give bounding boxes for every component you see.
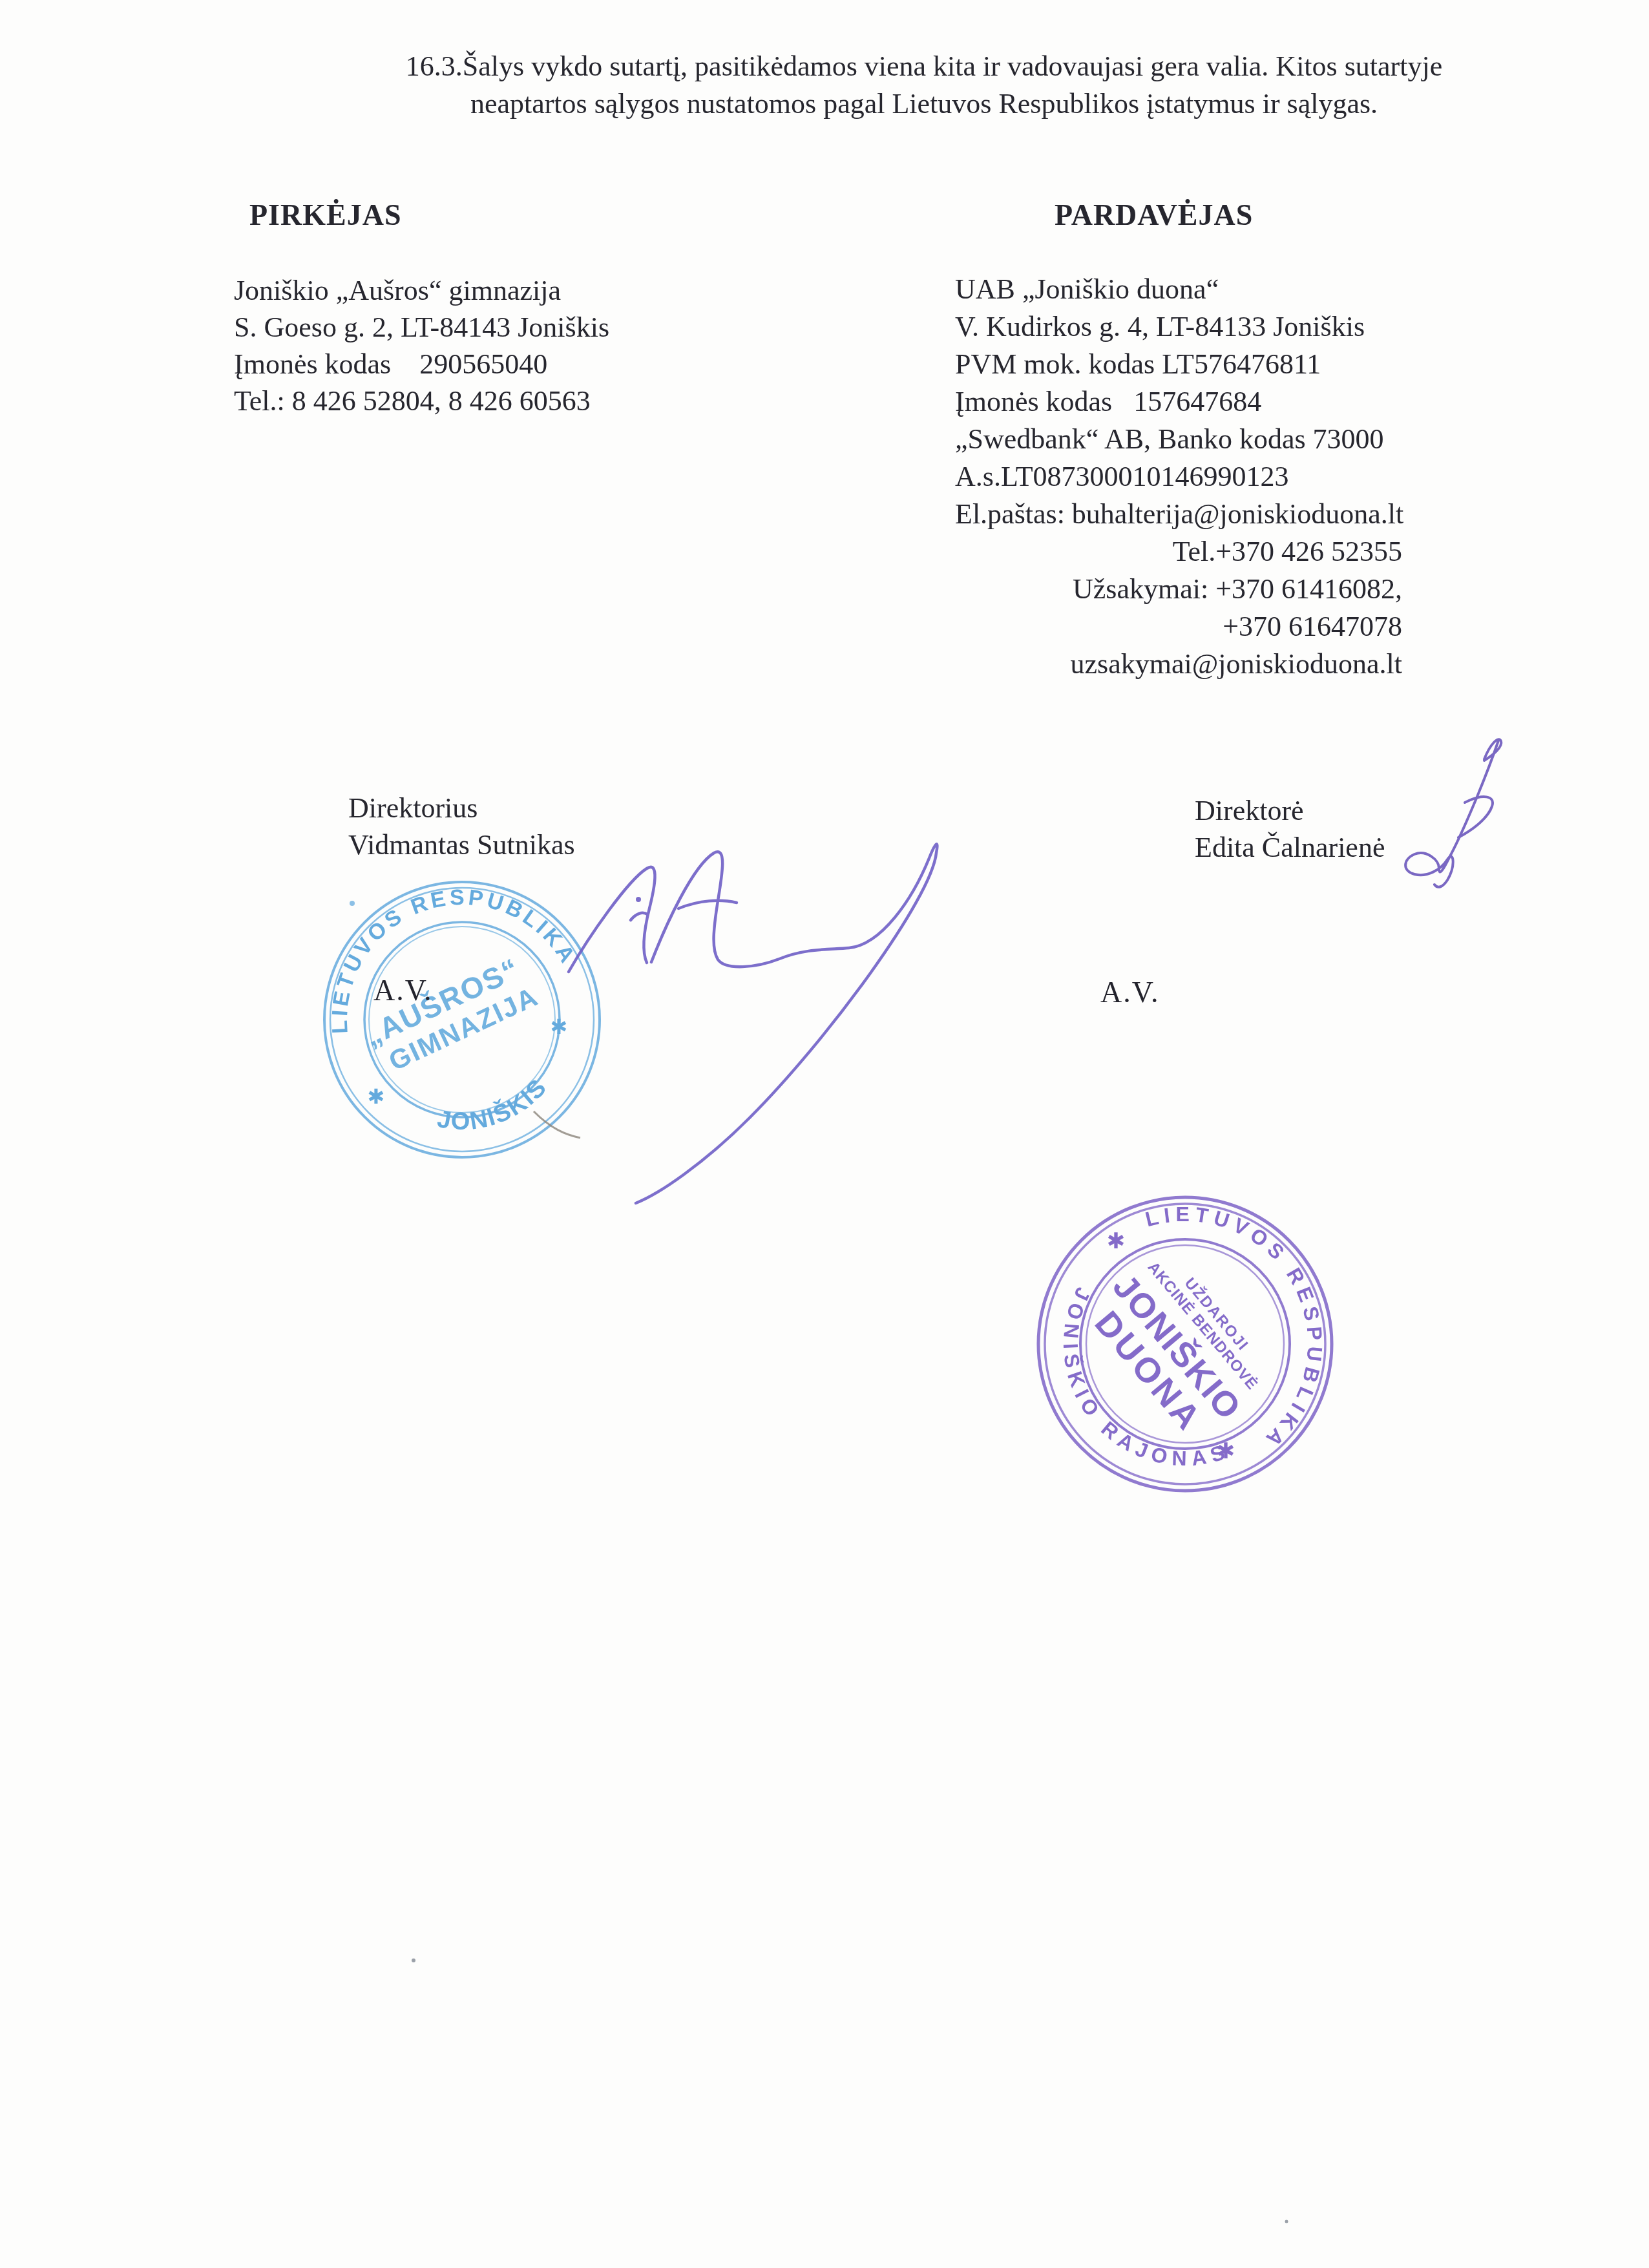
buyer-details: Joniškio „Aušros“ gimnazija S. Goeso g. … xyxy=(234,272,609,419)
seller-orders-phone-line-2: +370 61647078 xyxy=(955,608,1504,646)
buyer-signatory: Direktorius Vidmantas Sutnikas xyxy=(348,790,575,863)
buyer-phone-line: Tel.: 8 426 52804, 8 426 60563 xyxy=(234,383,609,419)
seller-company-code-line: Įmonės kodas 157647684 xyxy=(955,383,1504,421)
stamp-asterisk-icon: ✱ xyxy=(368,1085,385,1108)
seller-bank-line: „Swedbank“ AB, Banko kodas 73000 xyxy=(955,421,1504,458)
buyer-director-signature xyxy=(569,844,937,1203)
seller-heading: PARDAVĖJAS xyxy=(1055,198,1253,232)
stamp-center-text: „AUŠROS“ GIMNAZIJA xyxy=(359,949,543,1081)
seller-orders-phone-line-1: Užsakymai: +370 61416082, xyxy=(955,571,1504,608)
seller-email-line: El.paštas: buhalterija@joniskioduona.lt xyxy=(955,496,1504,533)
buyer-company-code-line: Įmonės kodas 290565040 xyxy=(234,346,609,383)
seller-round-stamp: LIETUVOS RESPUBLIKA JONIŠKIO RAJONAS ✱ ✱… xyxy=(1030,1189,1340,1499)
buyer-round-stamp: LIETUVOS RESPUBLIKA JONIŠKIS ✱ ✱ „AUŠROS… xyxy=(313,871,611,1168)
scanned-contract-page: 16.3.Šalys vykdo sutartį, pasitikėdamos … xyxy=(0,0,1649,2268)
seller-vat-code-line: PVM mok. kodas LT576476811 xyxy=(955,346,1504,383)
stamp-arc-bottom-text: JONIŠKIS xyxy=(427,1069,558,1150)
clause-line-1: 16.3.Šalys vykdo sutartį, pasitikėdamos … xyxy=(284,48,1564,85)
seller-orders-email-line: uzsakymai@joniskioduona.lt xyxy=(955,646,1504,683)
buyer-name-line: Joniškio „Aušros“ gimnazija xyxy=(234,272,609,309)
seller-account-line: A.s.LT087300010146990123 xyxy=(955,458,1504,496)
seller-signatory-title: Direktorė xyxy=(1195,792,1385,829)
stamp-asterisk-icon: ✱ xyxy=(1107,1229,1126,1254)
buyer-heading: PIRKĖJAS xyxy=(249,198,401,232)
seller-signatory: Direktorė Edita Čalnarienė xyxy=(1195,792,1385,866)
buyer-address-line: S. Goeso g. 2, LT-84143 Joniškis xyxy=(234,309,609,346)
clause-16-3: 16.3.Šalys vykdo sutartį, pasitikėdamos … xyxy=(284,48,1564,123)
buyer-seal-mark: A.V. xyxy=(373,973,433,1007)
seller-signatory-name: Edita Čalnarienė xyxy=(1195,829,1385,866)
seller-seal-mark: A.V. xyxy=(1100,975,1160,1009)
seller-phone-line: Tel.+370 426 52355 xyxy=(955,533,1504,571)
seller-name-line: UAB „Joniškio duona“ xyxy=(955,271,1504,308)
buyer-signatory-title: Direktorius xyxy=(348,790,575,826)
stamp-asterisk-icon: ✱ xyxy=(1217,1439,1235,1464)
seller-address-line: V. Kudirkos g. 4, LT-84133 Joniškis xyxy=(955,308,1504,346)
clause-line-2: neaptartos sąlygos nustatomos pagal Liet… xyxy=(284,85,1564,123)
buyer-signatory-name: Vidmantas Sutnikas xyxy=(348,826,575,863)
seller-director-signature xyxy=(1405,739,1501,887)
seller-details: UAB „Joniškio duona“ V. Kudirkos g. 4, L… xyxy=(955,271,1504,683)
stamp-asterisk-icon: ✱ xyxy=(551,1015,568,1038)
